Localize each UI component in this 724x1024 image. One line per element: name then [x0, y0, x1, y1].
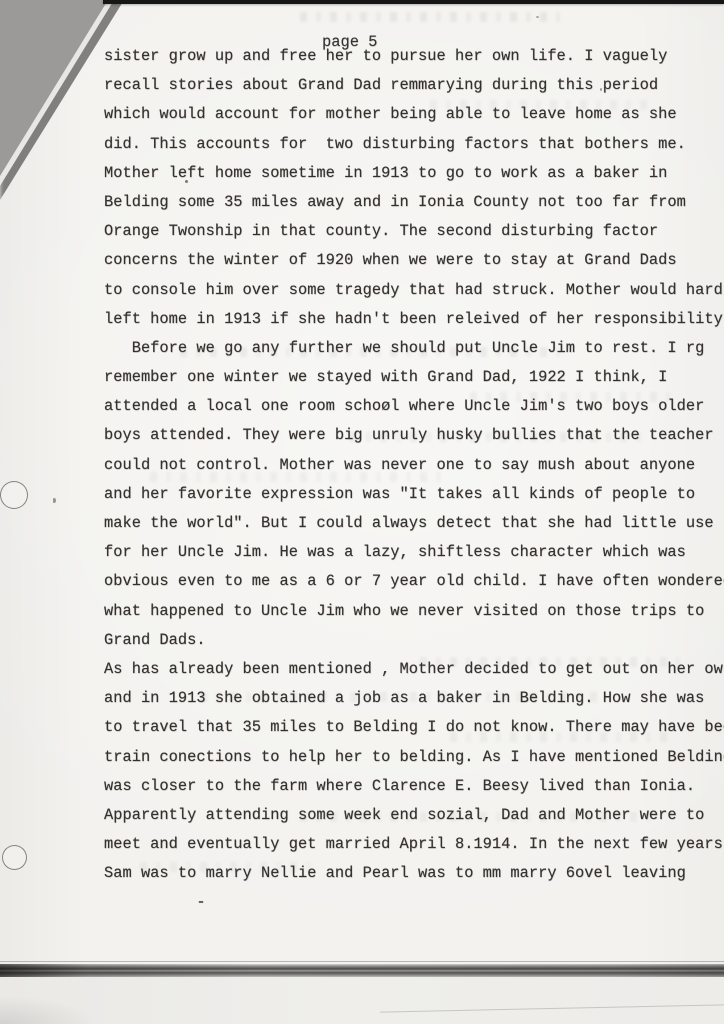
- text-line: train conections to help her to belding.…: [104, 743, 724, 772]
- text-line: Grand Dads.: [104, 626, 724, 655]
- text-line: left home in 1913 if she hadn't been rel…: [104, 305, 724, 334]
- page-top-edge: [103, 0, 724, 4]
- text-line: did. This accounts for two disturbing fa…: [104, 130, 724, 159]
- next-sheet-area: [0, 977, 724, 1024]
- text-line: to travel that 35 miles to Belding I do …: [104, 713, 724, 742]
- bleed-through-smudge: [300, 12, 560, 22]
- ink-speck: [600, 88, 602, 91]
- text-line: Sam was to marry Nellie and Pearl was to…: [104, 859, 724, 888]
- text-line: boys attended. They were big unruly husk…: [104, 421, 724, 450]
- text-line: Belding some 35 miles away and in Ionia …: [104, 188, 724, 217]
- text-line: Mother left home sometime in 1913 to go …: [104, 159, 724, 188]
- ink-speck: [536, 16, 539, 18]
- text-line: could not control. Mother was never one …: [104, 451, 724, 480]
- text-line: Orange Twonship in that county. The seco…: [104, 217, 724, 246]
- text-line: was closer to the farm where Clarence E.…: [104, 772, 724, 801]
- ink-speck: [53, 498, 56, 503]
- text-line: and her favorite expression was "It take…: [104, 480, 724, 509]
- text-line: As has already been mentioned , Mother d…: [104, 655, 724, 684]
- hole-punch: [2, 845, 27, 870]
- scanned-document-page: page 5 sister grow up and free her to pu…: [0, 0, 724, 1024]
- paper-stack-edge-line: [0, 961, 724, 962]
- text-line: to console him over some tragedy that ha…: [104, 276, 724, 305]
- ink-speck: [185, 180, 188, 183]
- text-line: -: [104, 888, 724, 917]
- text-line: and in 1913 she obtained a job as a bake…: [104, 684, 724, 713]
- text-line: obvious even to me as a 6 or 7 year old …: [104, 567, 724, 596]
- text-line: Before we go any further we should put U…: [104, 334, 724, 363]
- text-line: meet and eventually get married April 8.…: [104, 830, 724, 859]
- text-line: Apparently attending some week end sozia…: [104, 801, 724, 830]
- hole-punch: [0, 481, 28, 509]
- text-line: attended a local one room schoøl where U…: [104, 392, 724, 421]
- paper-stack-band: [0, 964, 724, 977]
- text-line: what happened to Uncle Jim who we never …: [104, 597, 724, 626]
- text-line: recall stories about Grand Dad remmaryin…: [104, 71, 724, 100]
- text-line: sister grow up and free her to pursue he…: [104, 42, 724, 71]
- text-line: make the world". But I could always dete…: [104, 509, 724, 538]
- text-line: for her Uncle Jim. He was a lazy, shiftl…: [104, 538, 724, 567]
- text-line: remember one winter we stayed with Grand…: [104, 363, 724, 392]
- typewritten-text: sister grow up and free her to pursue he…: [104, 42, 724, 960]
- text-line: concerns the winter of 1920 when we were…: [104, 246, 724, 275]
- text-line: which would account for mother being abl…: [104, 100, 724, 129]
